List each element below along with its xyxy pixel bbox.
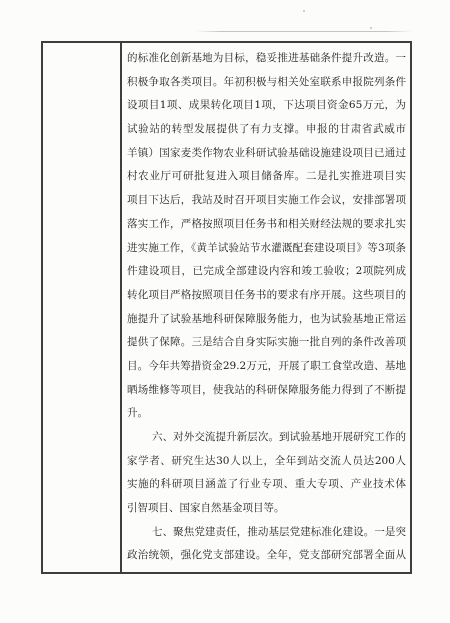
document-text-line: 引智项目、国家自然基金项目等。 bbox=[127, 497, 406, 521]
report-table: 的标准化创新基地为目标，稳妥推进基础条件提升改造。一是积极争取各类项目。年初积极… bbox=[41, 41, 412, 574]
document-text-line: 提供了保障。三是结合自身实际实施一批自列的条件改善项 bbox=[127, 331, 406, 355]
scan-speck bbox=[370, 27, 372, 29]
document-text-line: 项目下达后，我站及时召开项目实施工作会议，安排部署项目 bbox=[127, 189, 406, 213]
document-text-line: 六、对外交流提升新层次。到试验基地开展研究工作的专 bbox=[127, 426, 406, 450]
document-text-line: 晒场维修等项目，使我站的科研保障服务能力得到了不断提 bbox=[127, 379, 406, 403]
document-text-line: 实施的科研项目涵盖了行业专项、重大专项、产业技术体系、 bbox=[127, 473, 406, 497]
document-text-line: 积极争取各类项目。年初积极与相关处室联系申报院列条件建 bbox=[127, 71, 406, 95]
document-text-line: 目。今年共筹措资金29.2万元，开展了职工食堂改造、基地 bbox=[127, 355, 406, 379]
document-text-line: 村农业厅可研批复进入项目储备库。二是扎实推进项目实施。 bbox=[127, 165, 406, 189]
document-text-line: 家学者、研究生达30人以上，全年到站交流人员达200人次。 bbox=[127, 450, 406, 474]
document-text-line: 件建设项目，已完成全部建设内容和竣工验收；2项院列成果 bbox=[127, 260, 406, 284]
document-text-line: 落实工作，严格按照项目任务书和相关财经法规的要求扎实推 bbox=[127, 213, 406, 237]
document-text-line: 试验站的转型发展提供了有力支撑。申报的甘肃省武威市（黄 bbox=[127, 118, 406, 142]
document-text-line: 施提升了试验基地科研保障服务能力，也为试验基地正常运转 bbox=[127, 308, 406, 332]
document-text-line: 七、聚焦党建责任，推动基层党建标准化建设。一是突出 bbox=[127, 521, 406, 545]
scanned-document-page: 的标准化创新基地为目标，稳妥推进基础条件提升改造。一是积极争取各类项目。年初积极… bbox=[0, 0, 450, 623]
document-text-line: 政治统领，强化党支部建设。全年，党支部研究部署全面从严 bbox=[127, 544, 406, 568]
document-text-line: 升。 bbox=[127, 402, 406, 426]
document-text-line: 羊镇）国家麦类作物农业科研试验基础设施建设项目已通过农 bbox=[127, 142, 406, 166]
table-content-cell: 的标准化创新基地为目标，稳妥推进基础条件提升改造。一是积极争取各类项目。年初积极… bbox=[122, 43, 410, 572]
document-text-line: 转化项目严格按照项目任务书的要求有序开展。这些项目的实 bbox=[127, 284, 406, 308]
table-left-cell-empty bbox=[43, 43, 122, 572]
document-text-line: 的标准化创新基地为目标，稳妥推进基础条件提升改造。一是 bbox=[127, 47, 406, 71]
scan-artifact-line bbox=[196, 31, 412, 32]
scan-speck bbox=[303, 10, 305, 12]
document-text-line: 设项目1项、成果转化项目1项，下达项目资金65万元，为 bbox=[127, 94, 406, 118]
document-text-line: 进实施工作，《黄羊试验站节水灌溉配套建设项目》等3项条 bbox=[127, 237, 406, 261]
